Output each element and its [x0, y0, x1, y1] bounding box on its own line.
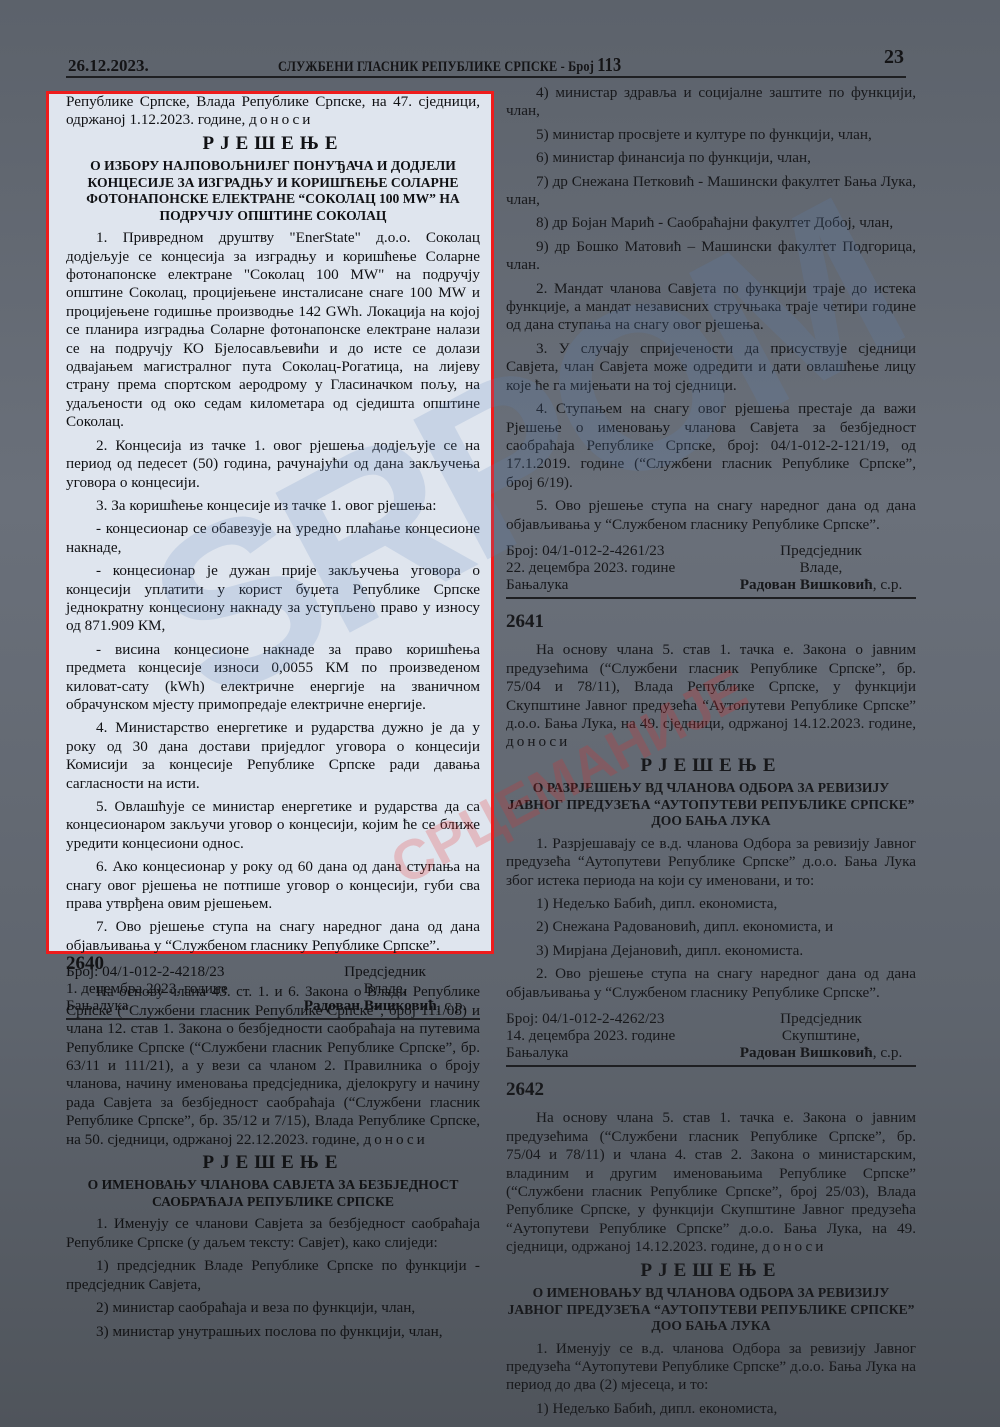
paragraph: - концесионар је дужан прије закључења у…: [66, 562, 480, 636]
gazette-page-header: 26.12.2023. СЛУЖБЕНИ ГЛАСНИК РЕПУБЛИКЕ С…: [66, 42, 906, 78]
paragraph: 3) министар унутрашњих послова по функци…: [66, 1323, 480, 1341]
paragraph: 7. Ово рјешење ступа на снагу наредног д…: [66, 918, 480, 955]
paragraph: 1. Именују се в.д. чланова Одбора за рев…: [506, 1340, 916, 1395]
list-item: 2) Снежана Радовановић, дипл. економиста…: [506, 918, 916, 936]
decision-2641: 2641 На основу члана 5. став 1. тачка е.…: [506, 613, 916, 1067]
decision-intro: Републике Српске, Влада Републике Српске…: [66, 93, 480, 130]
list-item: 5) министар просвјете и културе по функц…: [506, 126, 916, 144]
paragraph: 4. Министарство енергетике и рударства д…: [66, 719, 480, 793]
paragraph: 4. Ступањем на снагу овог рјешења преста…: [506, 400, 916, 492]
paragraph: 6. Ако концесионар у року од 60 дана од …: [66, 858, 480, 913]
signatory-body: Владе,: [726, 559, 916, 576]
paragraph: 2) министар саобраћаја и веза по функциј…: [66, 1299, 480, 1317]
list-item: 9) др Бошко Матовић – Машински факултет …: [506, 238, 916, 275]
paragraph: 1. Разрјешавају се в.д. чланова Одбора з…: [506, 835, 916, 890]
paragraph: - концесионар се обавезује на уредно пла…: [66, 520, 480, 557]
paragraph: 2. Концесија из тачке 1. овог рјешења до…: [66, 437, 480, 492]
paragraph: 1. Именују се чланови Савјета за безбјед…: [66, 1215, 480, 1252]
decision-intro: На основу члана 5. став 1. тачка е. Зако…: [506, 1109, 916, 1256]
paragraph: 5. Овлашћује се министар енергетике и ру…: [66, 798, 480, 853]
signature-place: Бањалука: [506, 576, 675, 593]
signature-date: 14. децембра 2023. године: [506, 1027, 675, 1044]
issue-date: 26.12.2023.: [68, 56, 149, 76]
decision-number: 2640: [66, 955, 480, 973]
signature-block: Број: 04/1-012-2-4261/23 22. децембра 20…: [506, 542, 916, 599]
decision-subtitle: О ИМЕНОВАЊУ ВД ЧЛАНОВА ОДБОРА ЗА РЕВИЗИЈ…: [506, 1285, 916, 1335]
signatory-body: Скупштине,: [726, 1027, 916, 1044]
paragraph: 1. Привредном друштву "EnerState" д.о.о.…: [66, 229, 480, 431]
decision-title: РЈЕШЕЊЕ: [66, 135, 480, 153]
signature-date: 22. децембра 2023. године: [506, 559, 675, 576]
paragraph: 1) предсједник Владе Републике Српске по…: [66, 1257, 480, 1294]
list-item: 7) др Снежана Петковић - Машински факулт…: [506, 173, 916, 210]
decision-solar-concession: Републике Српске, Влада Републике Српске…: [66, 93, 480, 1020]
signatory-name: Радован Вишковић: [740, 576, 873, 593]
decision-subtitle: О ИМЕНОВАЊУ ЧЛАНОВА САВЈЕТА ЗА БЕЗБЈЕДНО…: [66, 1177, 480, 1210]
paragraph: 3. У случају спријечености да присуствуј…: [506, 340, 916, 395]
signatory-name: Радован Вишковић: [740, 1044, 873, 1061]
signatory-role: Предсједник: [726, 1010, 916, 1027]
decision-subtitle: О РАЗРЈЕШЕЊУ ВД ЧЛАНОВА ОДБОРА ЗА РЕВИЗИ…: [506, 780, 916, 830]
decision-title: РЈЕШЕЊЕ: [66, 1154, 480, 1172]
reference-number: Број: 04/1-012-2-4261/23: [506, 542, 675, 559]
paragraph: 5. Ово рјешење ступа на снагу наредног д…: [506, 497, 916, 534]
decision-subtitle: О ИЗБОРУ НАЈПОВОЉНИЈЕГ ПОНУЂАЧА И ДОДЈЕЛ…: [66, 158, 480, 224]
paragraph: 2. Ово рјешење ступа на снагу наредног д…: [506, 965, 916, 1002]
paragraph: 3. За коришћење концесије из тачке 1. ов…: [66, 497, 480, 515]
decision-2640: 2640 На основу члана 43. ст. 1. и 6. Зак…: [66, 955, 480, 1346]
reference-number: Број: 04/1-012-2-4262/23: [506, 1010, 675, 1027]
issue-number: 113: [597, 54, 621, 76]
signature-block: Број: 04/1-012-2-4262/23 14. децембра 20…: [506, 1010, 916, 1067]
decision-intro: На основу члана 43. ст. 1. и 6. Закона о…: [66, 983, 480, 1149]
right-column: 4) министар здравља и социјалне заштите …: [506, 84, 916, 1423]
gazette-title: СЛУЖБЕНИ ГЛАСНИК РЕПУБЛИКЕ СРПСКЕ - Број…: [278, 54, 621, 77]
decision-intro: На основу члана 5. став 1. тачка е. Зако…: [506, 641, 916, 751]
list-item: 6) министар финансија по функцији, члан,: [506, 149, 916, 167]
paragraph: 2. Мандат чланова Савјета по функцији тр…: [506, 280, 916, 335]
signature-place: Бањалука: [506, 1044, 675, 1061]
decision-title: РЈЕШЕЊЕ: [506, 1262, 916, 1280]
signatory-role: Предсједник: [726, 542, 916, 559]
paragraph: - висина концесионе накнаде за право кор…: [66, 641, 480, 715]
decision-title: РЈЕШЕЊЕ: [506, 757, 916, 775]
page-number: 23: [884, 46, 904, 69]
decision-number: 2642: [506, 1081, 916, 1099]
list-item: 3) Мирјана Дејановић, дипл. економиста.: [506, 942, 916, 960]
list-item: 1) Недељко Бабић, дипл. економиста,: [506, 895, 916, 913]
list-item: 8) др Бојан Марић - Саобраћајни факултет…: [506, 214, 916, 232]
list-item: 4) министар здравља и социјалне заштите …: [506, 84, 916, 121]
decision-number: 2641: [506, 613, 916, 631]
list-item: 1) Недељко Бабић, дипл. економиста,: [506, 1400, 916, 1418]
decision-2642: 2642 На основу члана 5. став 1. тачка е.…: [506, 1081, 916, 1418]
